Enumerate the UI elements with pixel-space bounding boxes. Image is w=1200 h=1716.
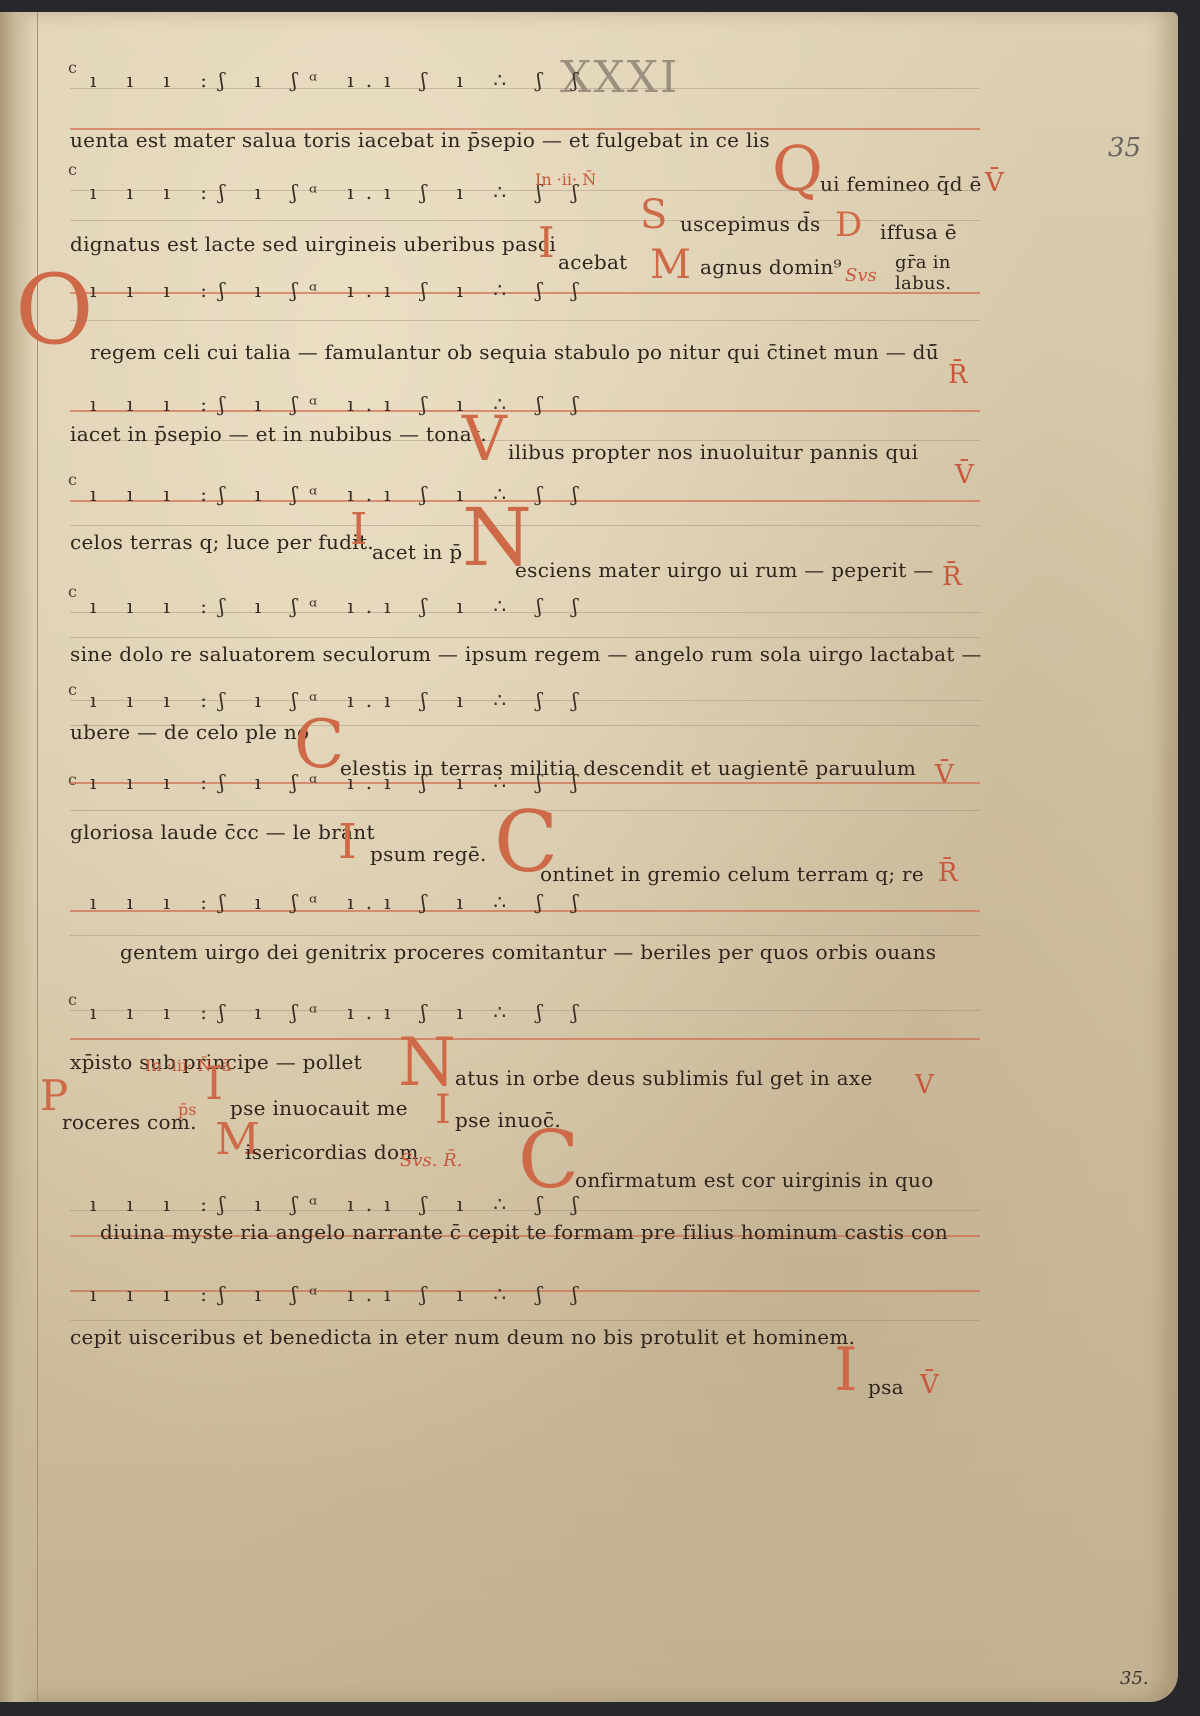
neume-row: ı ı ı :ʃ ı ʃᵅ ı.ı ʃ ı ∴ ʃ ʃ	[90, 890, 980, 914]
folio-number-top: 35	[1108, 133, 1141, 163]
clef-sign: c	[68, 990, 77, 1009]
neume-row: ı ı ı :ʃ ı ʃᵅ ı.ı ʃ ı ∴ ʃ ʃ	[90, 392, 980, 416]
lyric-line: uenta est mater salua toris iacebat in p…	[70, 128, 980, 152]
chant-system-1: c ı ı ı :ʃ ı ʃᵅ ı.ı ʃ ı ∴ ʃ ʃ uenta est …	[70, 58, 980, 158]
lyric-line: isericordias dom	[245, 1140, 1200, 1164]
lyric-line: atus in orbe deus sublimis ful get in ax…	[455, 1066, 1200, 1090]
chant-system-13: ı ı ı :ʃ ı ʃᵅ ı.ı ʃ ı ∴ ʃ ʃ diuina myste…	[70, 1180, 980, 1280]
lyric-line: ilibus propter nos inuoluitur pannis qui	[508, 440, 1200, 464]
initial-letter: D	[835, 208, 862, 242]
lyric-line: esciens mater uirgo ui rum — peperit —	[515, 558, 1200, 582]
manuscript-viewer: XXXI 35 35. c ı ı ı :ʃ ı ʃᵅ ı.ı ʃ ı ∴ ʃ …	[0, 0, 1200, 1716]
clef-sign: c	[68, 680, 77, 699]
lyric-line: psa	[868, 1375, 1200, 1399]
lyric-line: ubere — de celo ple no	[70, 720, 980, 744]
chant-system-6: c ı ı ı :ʃ ı ʃᵅ ı.ı ʃ ı ∴ ʃ ʃ sine dolo …	[70, 582, 980, 682]
initial-letter: I	[350, 508, 367, 552]
neume-row: ı ı ı :ʃ ı ʃᵅ ı.ı ʃ ı ∴ ʃ ʃ	[90, 594, 980, 618]
rubric-note: Svs. R̄.	[400, 1150, 462, 1171]
folio-number-bottom: 35.	[1120, 1668, 1149, 1689]
clef-sign: c	[68, 470, 77, 489]
initial-letter: I	[205, 1060, 223, 1106]
neume-row: ı ı ı :ʃ ı ʃᵅ ı.ı ʃ ı ∴ ʃ ʃ	[90, 1000, 980, 1024]
initial-letter: V	[462, 408, 507, 470]
initial-letter: C	[294, 712, 345, 778]
chant-system-3: ı ı ı :ʃ ı ʃᵅ ı.ı ʃ ı ∴ ʃ ʃ regem celi c…	[70, 270, 980, 380]
initial-letter: I	[538, 222, 555, 264]
verse-cue: V̄	[985, 168, 1004, 198]
lyric-line: iffusa ē	[880, 220, 1200, 244]
neume-row: ı ı ı :ʃ ı ʃᵅ ı.ı ʃ ı ∴ ʃ ʃ	[90, 1282, 980, 1306]
neume-row: ı ı ı :ʃ ı ʃᵅ ı.ı ʃ ı ∴ ʃ ʃ	[90, 68, 980, 92]
lyric-line: gentem uirgo dei genitrix proceres comit…	[120, 940, 980, 964]
lyric-line: sine dolo re saluatorem seculorum — ipsu…	[70, 642, 980, 666]
neume-row: ı ı ı :ʃ ı ʃᵅ ı.ı ʃ ı ∴ ʃ ʃ	[90, 688, 980, 712]
neume-row: ı ı ı :ʃ ı ʃᵅ ı.ı ʃ ı ∴ ʃ ʃ	[90, 770, 980, 794]
rubric-note: p̄s	[178, 1100, 196, 1119]
initial-letter: S	[640, 195, 667, 235]
initial-letter: I	[834, 1340, 858, 1400]
lyric-line: regem celi cui talia — famulantur ob seq…	[90, 340, 980, 364]
chant-system-4: ı ı ı :ʃ ı ʃᵅ ı.ı ʃ ı ∴ ʃ ʃ iacet in p̄s…	[70, 380, 980, 480]
initial-letter: I	[338, 818, 357, 866]
neume-row: ı ı ı :ʃ ı ʃᵅ ı.ı ʃ ı ∴ ʃ ʃ	[90, 278, 980, 302]
rubric-note: In ·ii· N̄	[535, 170, 596, 189]
neume-row: ı ı ı :ʃ ı ʃᵅ ı.ı ʃ ı ∴ ʃ ʃ	[90, 482, 980, 506]
clef-sign: c	[68, 770, 77, 789]
lyric-line: diuina myste ria angelo narrante c̄ cepi…	[100, 1220, 980, 1244]
clef-sign: c	[68, 58, 77, 77]
verse-cue: V̄	[920, 1370, 939, 1400]
clef-sign: c	[68, 582, 77, 601]
clef-sign: c	[68, 160, 77, 179]
neume-row: ı ı ı :ʃ ı ʃᵅ ı.ı ʃ ı ∴ ʃ ʃ	[90, 1192, 980, 1216]
chant-system-9: ı ı ı :ʃ ı ʃᵅ ı.ı ʃ ı ∴ ʃ ʃ gentem uirgo…	[70, 880, 980, 980]
